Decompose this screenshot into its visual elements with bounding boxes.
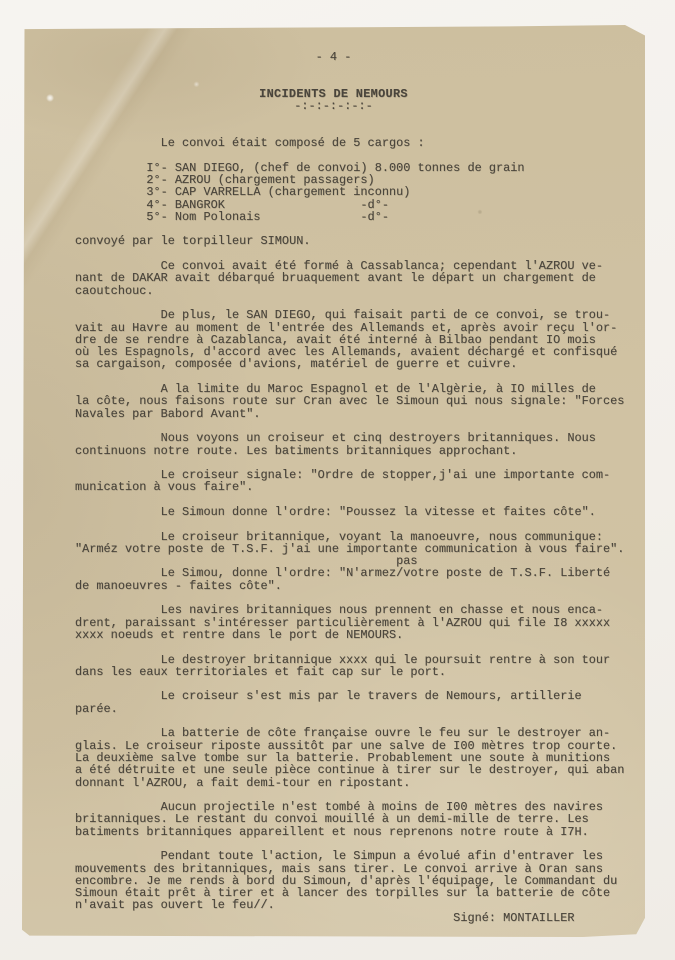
intro-line: Le convoi était composé de 5 cargos : — [22, 137, 645, 149]
paragraph-simou-ordre: pas Le Simou, donne l'ordre: "N'armez/vo… — [22, 555, 645, 592]
page-text: - 4 -INCIDENTS DE NEMOURS-:-:-:-:-:- Le … — [22, 25, 645, 924]
paragraph-chasse: Les navires britanniques nous prennent e… — [22, 604, 645, 641]
convoy-note: convoyé par le torpilleur SIMOUN. — [22, 235, 645, 247]
paragraph-croiseur-communique: Le croiseur britannique, voyant la manoe… — [22, 531, 645, 556]
paragraph-action: Pendant toute l'action, le Simpun a évol… — [22, 850, 645, 911]
cargo-list: I°- SAN DIEGO, (chef de convoi) 8.000 to… — [22, 162, 645, 223]
paragraph-batterie: La batterie de côte française ouvre le f… — [22, 727, 645, 788]
title-underline: -:-:-:-:-:- — [22, 100, 645, 112]
paragraph-sighting: Nous voyons un croiseur et cinq destroye… — [22, 432, 645, 457]
paragraph-simoun-ordre: Le Simoun donne l'ordre: "Poussez la vit… — [22, 506, 645, 518]
paragraph-san-diego: De plus, le SAN DIEGO, qui faisait parti… — [22, 309, 645, 370]
document-page: - 4 -INCIDENTS DE NEMOURS-:-:-:-:-:- Le … — [22, 25, 645, 937]
paragraph-route: A la limite du Maroc Espagnol et de l'Al… — [22, 383, 645, 420]
paragraph-destroyer: Le destroyer britannique xxxx qui le pou… — [22, 654, 645, 679]
paragraph-projectile: Aucun projectile n'est tombé à moins de … — [22, 801, 645, 838]
paragraph-formation: Ce convoi avait été formé à Cassablanca;… — [22, 260, 645, 297]
signature: Signé: MONTAILLER — [22, 912, 645, 924]
page-number: - 4 - — [22, 51, 645, 63]
paragraph-croiseur-signale: Le croiseur signale: "Ordre de stopper,j… — [22, 469, 645, 494]
paragraph-travers: Le croiseur s'est mis par le travers de … — [22, 690, 645, 715]
scan-background: - 4 -INCIDENTS DE NEMOURS-:-:-:-:-:- Le … — [0, 0, 675, 960]
